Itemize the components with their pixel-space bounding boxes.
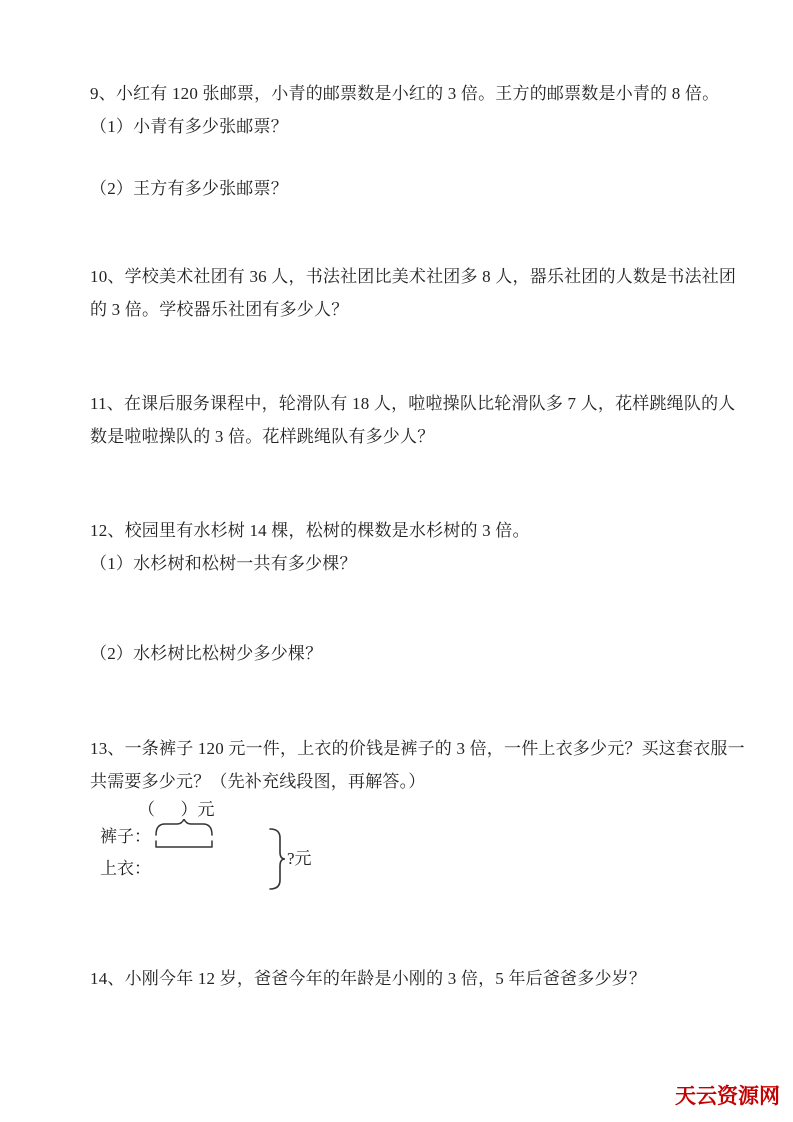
problem-13-line-2: 共需要多少元？（先补充线段图，再解答。） [90,765,750,798]
problem-14-line-1: 14、小刚今年 12 岁，爸爸今年的年龄是小刚的 3 倍，5 年后爸爸多少岁？ [90,962,750,995]
problem-10-line-2: 的 3 倍。学校器乐社团有多少人？ [90,293,750,326]
problem-11-line-1: 11、在课后服务课程中，轮滑队有 18 人，啦啦操队比轮滑队多 7 人，花样跳绳… [90,387,750,420]
watermark-logo: 天云资源网 [675,1084,780,1110]
problem-9-sub-question-1: （1）小青有多少张邮票？ [90,110,750,143]
pants-segment-with-brace-icon [155,819,213,849]
problem-11-line-2: 数是啦啦操队的 3 倍。花样跳绳队有多少人？ [90,420,750,453]
diagram-right-brace-icon [268,828,288,890]
problem-9-sub-question-2: （2）王方有多少张邮票？ [90,172,750,205]
problem-12-sub-question-1: （1）水杉树和松树一共有多少棵？ [90,547,750,580]
diagram-total-label: （ ）元 [138,800,215,820]
problem-12-line-1: 12、校园里有水杉树 14 棵，松树的棵数是水杉树的 3 倍。 [90,514,750,547]
diagram-pants-label: 裤子： [100,827,151,847]
problem-9-line-1: 9、小红有 120 张邮票，小青的邮票数是小红的 3 倍。王方的邮票数是小青的 … [90,77,750,110]
diagram-question-label: ?元 [287,849,312,869]
problem-13-line-1: 13、一条裤子 120 元一件，上衣的价钱是裤子的 3 倍，一件上衣多少元？买这… [90,732,750,765]
problem-12-sub-question-2: （2）水杉树比松树少多少棵？ [90,637,750,670]
worksheet-content: 9、小红有 120 张邮票，小青的邮票数是小红的 3 倍。王方的邮票数是小青的 … [90,77,750,995]
line-segment-diagram: （ ）元 裤子： 上衣： ?元 [90,798,750,908]
problem-10-line-1: 10、学校美术社团有 36 人，书法社团比美术社团多 8 人，器乐社团的人数是书… [90,260,750,293]
worksheet-page: 9、小红有 120 张邮票，小青的邮票数是小红的 3 倍。王方的邮票数是小青的 … [0,0,793,1122]
diagram-shirt-label: 上衣： [100,859,151,879]
